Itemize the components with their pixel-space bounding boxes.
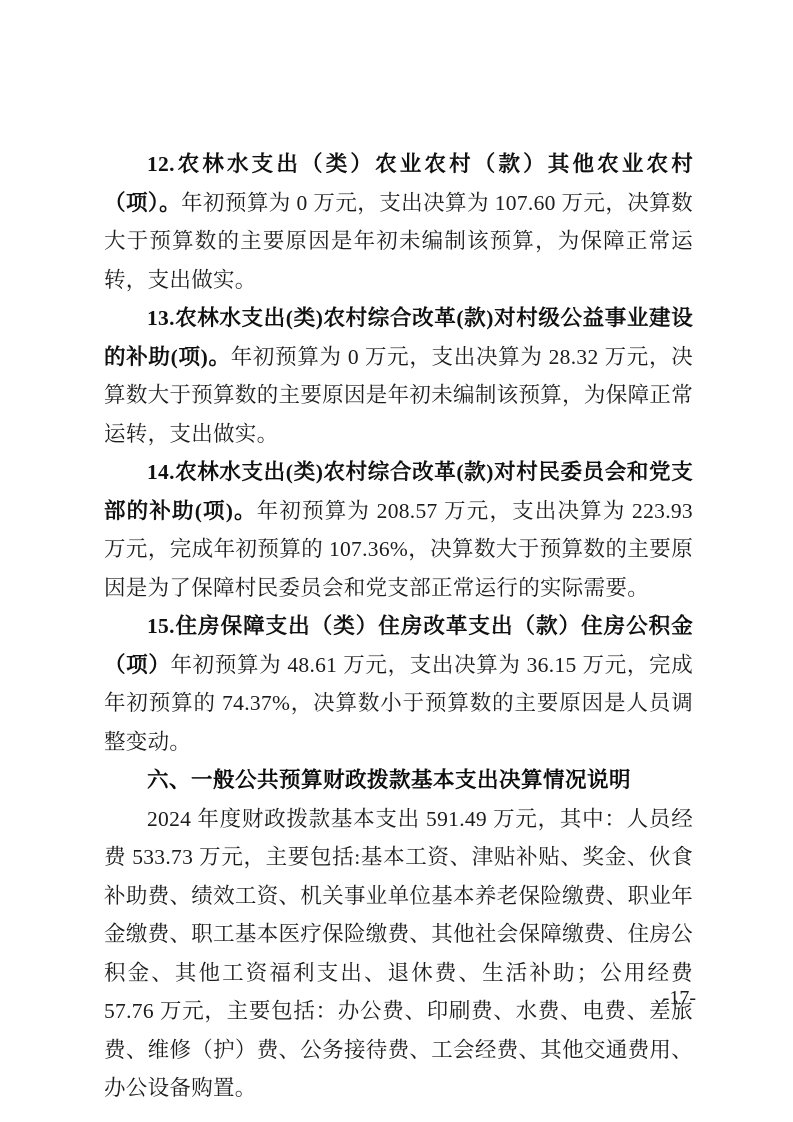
budget-item-12-text: 年初预算为 0 万元，支出决算为 107.60 万元，决算数大于预算数的主要原因… [104, 191, 693, 292]
budget-item-13: 13.农林水支出(类)农村综合改革(款)对村级公益事业建设的补助(项)。年初预算… [104, 299, 693, 453]
page-number: -17- [663, 984, 696, 1012]
basic-expenditure-paragraph: 2024 年度财政拨款基本支出 591.49 万元，其中：人员经费 533.73… [104, 800, 693, 1108]
budget-item-12: 12.农林水支出（类）农业农村（款）其他农业农村（项）。年初预算为 0 万元，支… [104, 145, 693, 299]
section-heading-basic-expenditure: 六、一般公共预算财政拨款基本支出决算情况说明 [104, 761, 693, 800]
budget-item-15-text: 年初预算为 48.61 万元，支出决算为 36.15 万元，完成年初预算的 74… [104, 653, 693, 754]
page-body: 12.农林水支出（类）农业农村（款）其他农业农村（项）。年初预算为 0 万元，支… [104, 145, 693, 1108]
document-page: { "document": { "items": [ { "lead": "12… [0, 0, 793, 1122]
budget-item-14: 14.农林水支出(类)农村综合改革(款)对村民委员会和党支部的补助(项)。年初预… [104, 453, 693, 607]
budget-item-15: 15.住房保障支出（类）住房改革支出（款）住房公积金（项）年初预算为 48.61… [104, 607, 693, 761]
